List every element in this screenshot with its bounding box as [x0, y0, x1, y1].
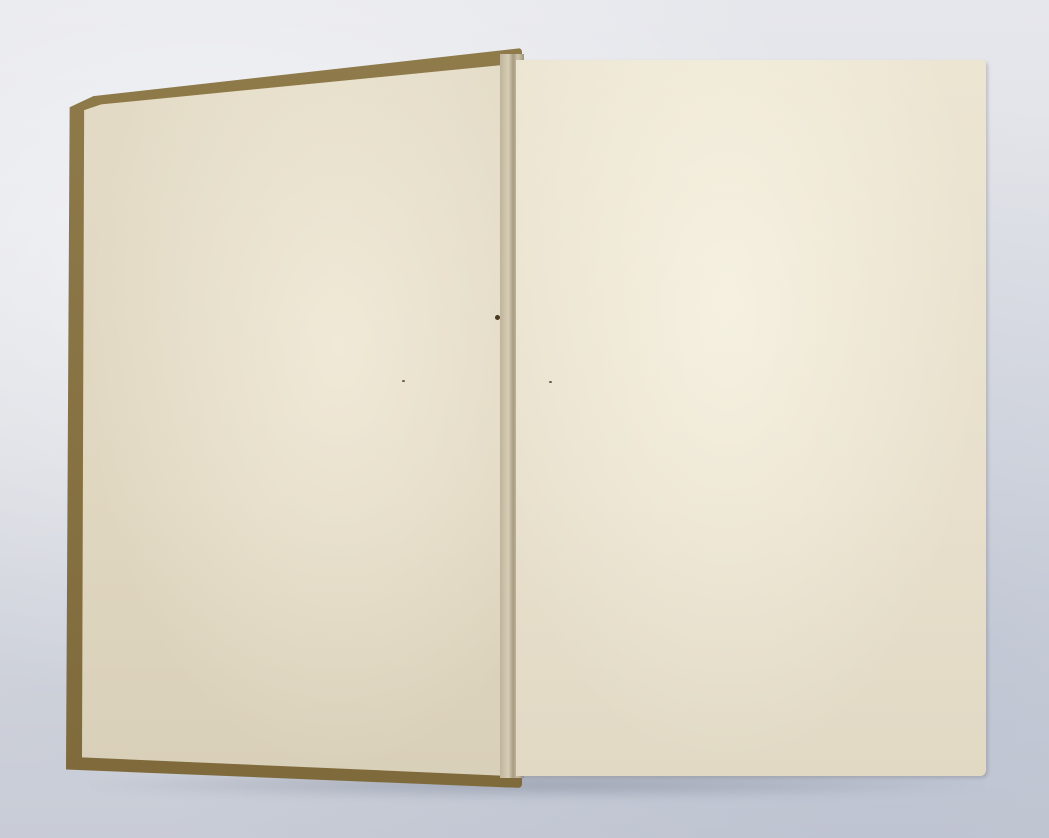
right-page — [516, 60, 986, 776]
ink-speck — [495, 315, 500, 320]
paper-speck — [549, 381, 552, 383]
paper-speck — [402, 380, 405, 382]
left-page — [82, 60, 510, 776]
